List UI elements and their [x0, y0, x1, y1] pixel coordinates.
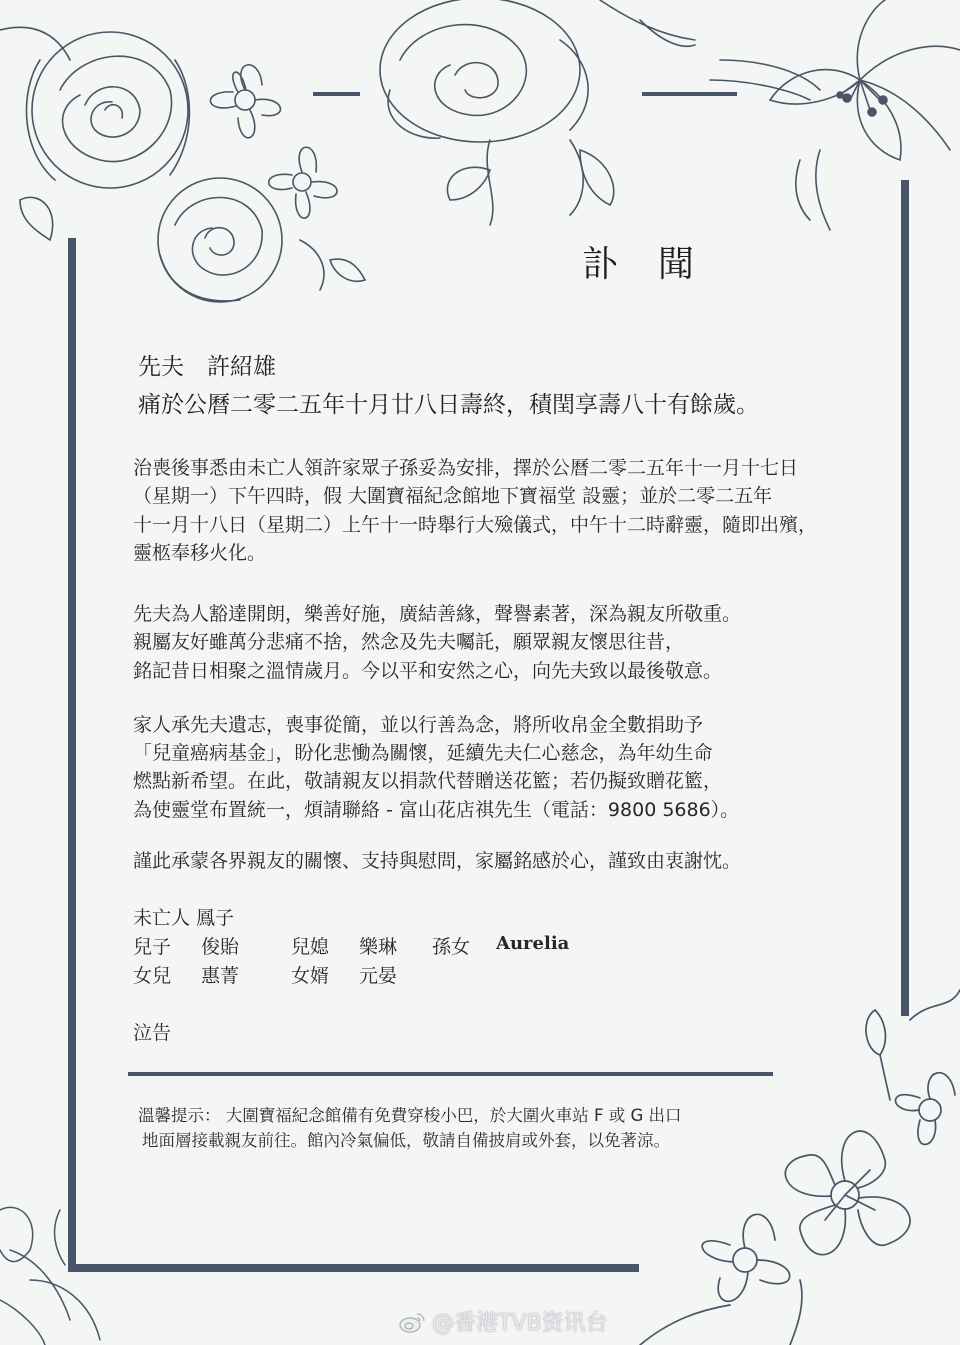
paragraph-line: 銘記昔日相聚之溫情歲月。今以平和安然之心，向先夫致以最後敬意。 [133, 656, 722, 683]
family-name: Aurelia [496, 933, 569, 954]
blossom-icon [210, 65, 280, 138]
closing-text: 泣告 [133, 1018, 171, 1045]
paragraph-line: 治喪後事悉由未亡人領許家眾子孫妥為安排，擇於公曆二零二五年十一月十七日 [133, 453, 798, 480]
rose-icon [158, 178, 282, 302]
floral-bottom-right-decoration [630, 960, 960, 1345]
family-relation: 孫女 [432, 932, 470, 959]
floral-bottom-left-decoration [0, 1190, 140, 1345]
family-name: 俊貽 [201, 932, 239, 959]
passing-statement: 痛於公曆二零二五年十月廿八日壽終，積閏享壽八十有餘歲。 [138, 386, 759, 419]
peony-icon [380, 0, 588, 142]
family-relation: 女婿 [291, 961, 329, 988]
frame-right-bar [901, 180, 909, 1016]
watermark: @香港TVB资讯台 [398, 1306, 608, 1337]
paragraph-line: 「兒童癌病基金」，盼化悲慟為關懷，延續先夫仁心慈念，為年幼生命 [133, 738, 713, 765]
paragraph-line: 燃點新希望。在此，敬請親友以捐款代替贈送花籃；若仍擬致贈花籃， [133, 766, 722, 793]
family-relation: 兒子 [133, 932, 171, 959]
obituary-page: 訃聞 先夫 許紹雄 痛於公曆二零二五年十月廿八日壽終，積閏享壽八十有餘歲。 治喪… [0, 0, 960, 1345]
floral-top-right-decoration [700, 0, 960, 240]
page-title: 訃聞 [582, 236, 734, 287]
flower-icon [0, 1207, 100, 1345]
notice-line: 地面層接載親友前往。館內冷氣偏低，敬請自備披肩或外套，以免著涼。 [142, 1127, 670, 1151]
paragraph-line: 家人承先夫遺志，喪事從簡，並以行善為念，將所收帛金全數捐助予 [133, 710, 703, 737]
family-name: 惠菁 [201, 961, 239, 988]
floral-top-center-decoration [340, 0, 700, 235]
lily-icon [770, 0, 960, 160]
notice-line: 溫馨提示： 大圍寶福紀念館備有免費穿梭小巴，於大圍火車站 F 或 G 出口 [138, 1102, 682, 1126]
family-name: 樂琳 [359, 932, 397, 959]
family-name: 元晏 [359, 961, 397, 988]
rose-icon [26, 32, 189, 188]
floral-top-left-decoration [0, 0, 370, 320]
paragraph-line: 先夫為人豁達開朗，樂善好施，廣結善緣，聲譽素著，深為親友所敬重。 [133, 599, 741, 626]
frame-left-bar [68, 238, 76, 1272]
widow-signature: 未亡人 鳳子 [133, 903, 234, 930]
blossom-icon [702, 1214, 789, 1301]
deceased-name: 先夫 許紹雄 [138, 348, 276, 381]
paragraph-line: 靈柩奉移火化。 [133, 538, 266, 565]
blossom-icon [269, 147, 337, 218]
paragraph-line: 親屬友好雖萬分悲痛不捨，然念及先夫囑託，願眾親友懷思往昔， [133, 627, 684, 654]
blossom-icon [785, 1131, 910, 1255]
watermark-text: @香港TVB资讯台 [432, 1306, 608, 1337]
paragraph-thanks: 謹此承蒙各界親友的關懷、支持與慰問，家屬銘感於心，謹致由衷謝忱。 [133, 846, 741, 873]
family-relation: 兒媳 [291, 932, 329, 959]
frame-bottom-bar [68, 1264, 639, 1272]
family-relation: 女兒 [133, 961, 171, 988]
paragraph-line: （星期一）下午四時，假 大圍寶福紀念館地下寶福堂 設靈；並於二零二五年 [133, 481, 772, 508]
paragraph-line: 十一月十八日（星期二）上午十一時舉行大殮儀式，中午十二時辭靈，隨即出殯， [133, 510, 817, 537]
blossom-icon [895, 1073, 955, 1145]
weibo-icon [398, 1310, 426, 1334]
paragraph-line: 為使靈堂布置統一，煩請聯絡 - 富山花店祺先生（電話：9800 5686）。 [133, 795, 739, 822]
